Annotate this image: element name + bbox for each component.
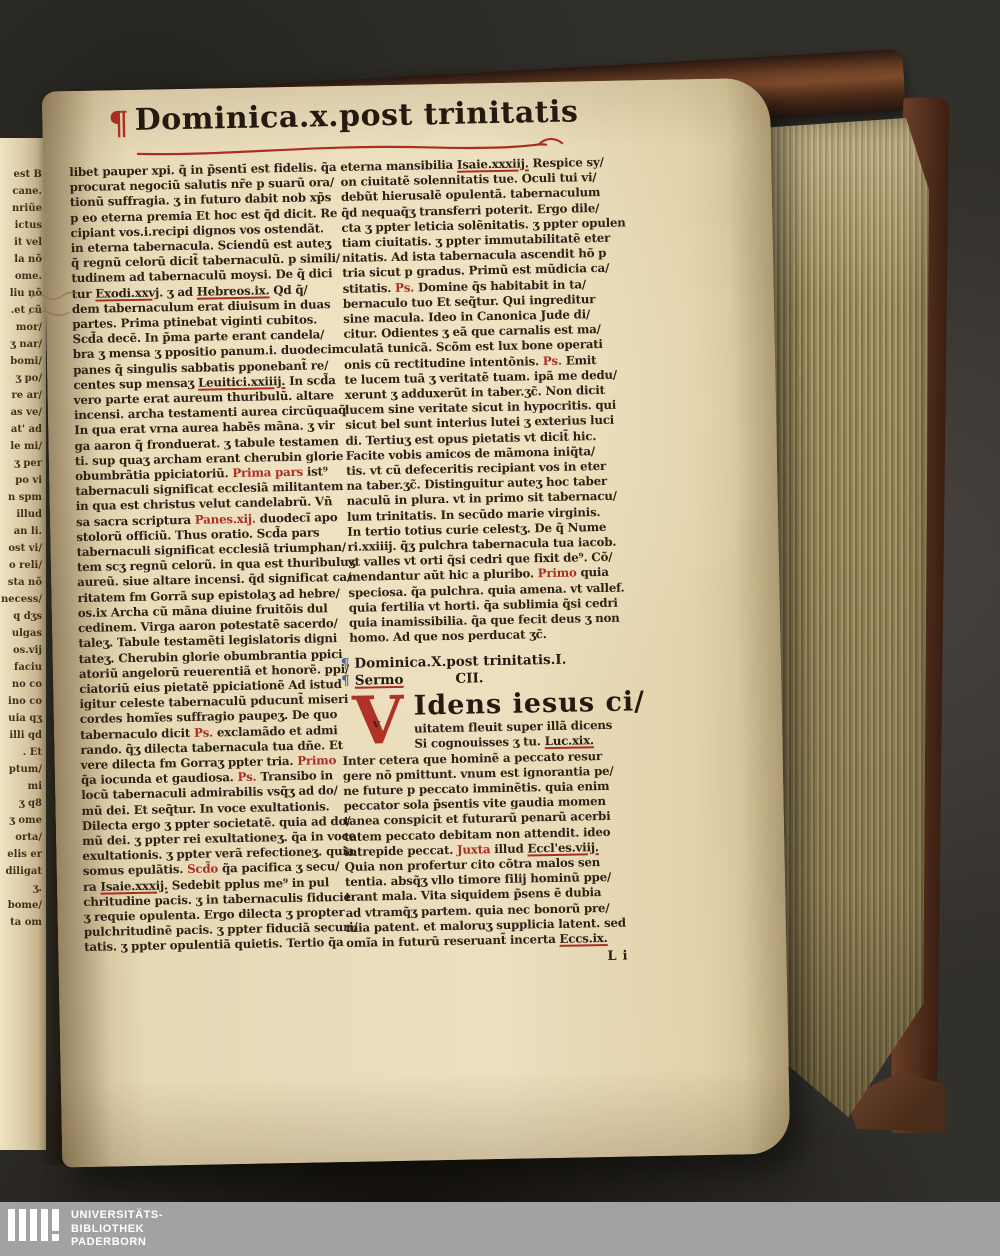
running-title: ¶Dominica.x.post trinitatis xyxy=(108,95,589,142)
guide-letter: v xyxy=(373,717,380,729)
sermon-section: ¶Dominica.X.post trinitatis.I. ¶SermoCII… xyxy=(341,649,692,970)
library-logo: UNIVERSITÄTS- BIBLIOTHEK PADERBORN xyxy=(8,1209,163,1250)
logo-exclamation-icon xyxy=(52,1209,59,1241)
sermon-incipit: V v Idens iesus ci/ uitatem fleuit super… xyxy=(341,685,687,754)
text-column-right-top: eterna mansibilia Isaie.xxxiij. Respice … xyxy=(340,153,701,646)
quire-signature: Li xyxy=(346,947,691,970)
blue-pilcrow-icon: ¶ xyxy=(341,672,350,688)
lombard-initial: V v xyxy=(341,690,414,753)
library-name: UNIVERSITÄTS- BIBLIOTHEK PADERBORN xyxy=(71,1209,163,1250)
photo-scene: est Bcane.nriũeictusit vella nõome.liu n… xyxy=(0,0,1000,1256)
handwritten-marginalia xyxy=(24,288,84,332)
rubric-pilcrow-icon: ¶ xyxy=(108,104,129,142)
sermon-number: CII. xyxy=(455,670,483,687)
blue-pilcrow-icon: ¶ xyxy=(341,655,350,671)
sermon-body: Inter cetera que hominẽ a peccato resurg… xyxy=(343,747,692,951)
page-title: Dominica.x.post trinitatis xyxy=(134,94,578,138)
logo-bars-icon xyxy=(8,1209,59,1250)
book-page: ¶Dominica.x.post trinitatis libet pauper… xyxy=(42,78,791,1168)
library-logo-band: UNIVERSITÄTS- BIBLIOTHEK PADERBORN xyxy=(0,1202,1000,1256)
text-column-right: eterna mansibilia Isaie.xxxiij. Respice … xyxy=(340,153,707,970)
